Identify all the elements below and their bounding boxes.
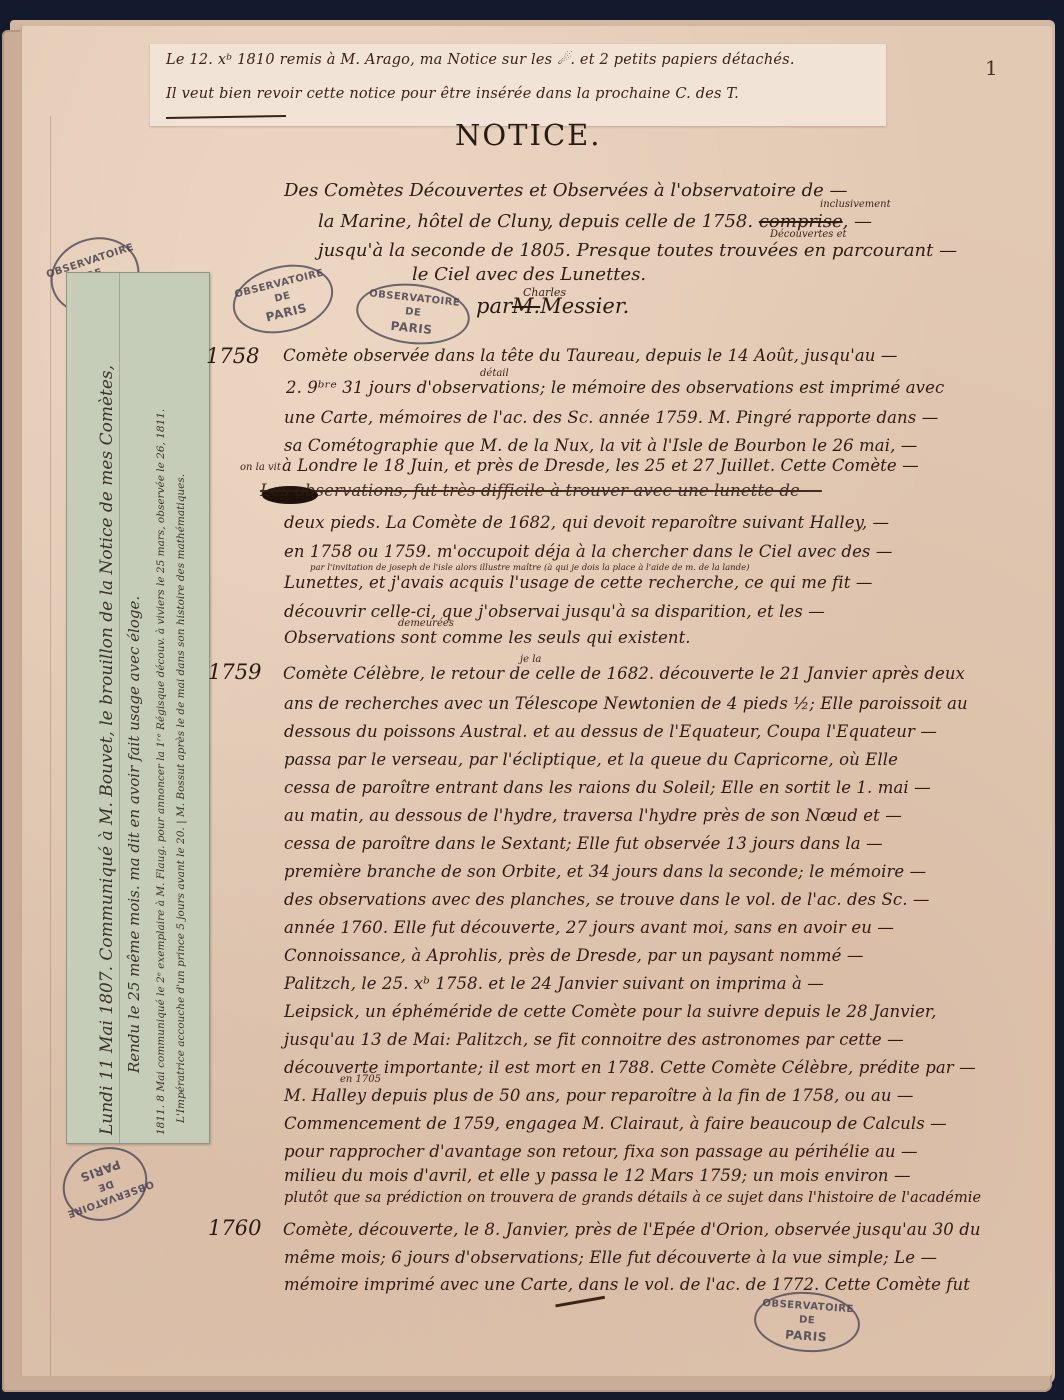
entry-year-1760: 1760	[208, 1216, 261, 1240]
entry-line: passa par le verseau, par l'écliptique, …	[284, 750, 898, 769]
margin-note: on la vit	[240, 462, 281, 473]
subtitle-line-4: le Ciel avec des Lunettes.	[412, 264, 646, 285]
entry-line: Comète observée dans la tête du Taureau,…	[283, 346, 897, 365]
subtitle-line-3: jusqu'à la seconde de 1805. Presque tout…	[318, 240, 957, 261]
entry-line: au matin, au dessous de l'hydre, travers…	[284, 806, 902, 825]
entry-line: sa Cométographie que M. de la Nux, la vi…	[284, 436, 917, 455]
entry-year-1758: 1758	[206, 344, 259, 368]
entry-line: deux pieds. La Comète de 1682, qui devoi…	[284, 513, 889, 532]
page-number: 1	[985, 56, 998, 80]
entry-line: à Londre le 18 Juin, et près de Dresde, …	[282, 456, 919, 475]
entry-year-1759: 1759	[208, 660, 261, 684]
entry-line: Palitzch, le 25. xᵇ 1758. et le 24 Janvi…	[284, 974, 824, 993]
entry-line: ans de recherches avec un Télescope Newt…	[284, 694, 968, 713]
entry-line: découverte importante; il est mort en 17…	[284, 1058, 976, 1077]
entry-line: dessous du poissons Austral. et au dessu…	[284, 722, 937, 741]
interlinear-insert: inclusivement	[820, 199, 891, 210]
entry-line: M. Halley depuis plus de 50 ans, pour re…	[284, 1086, 914, 1105]
side-note-slip: Lundi 11 Mai 1807. Communiqué à M. Bouve…	[66, 272, 210, 1144]
attached-note-line-2: Il veut bien revoir cette notice pour êt…	[166, 86, 870, 102]
entry-line: Lunettes, et j'avais acquis l'usage de c…	[284, 573, 872, 592]
entry-line: Les observations, fut très difficile à t…	[260, 481, 822, 500]
entry-line: en 1758 ou 1759. m'occupoit déja à la ch…	[284, 542, 892, 561]
subtitle-line-2-text: la Marine, hôtel de Cluny, depuis celle …	[318, 211, 753, 232]
interlinear-insert: en 1705	[340, 1074, 381, 1085]
entry-line: milieu du mois d'avril, et elle y passa …	[284, 1166, 911, 1185]
entry-line: Commencement de 1759, engagea M. Clairau…	[284, 1114, 947, 1133]
entry-line: Leipsick, un éphéméride de cette Comète …	[284, 1002, 936, 1021]
entry-line: même mois; 6 jours d'observations; Elle …	[284, 1248, 937, 1267]
attached-note-slip: Le 12. xᵇ 1810 remis à M. Arago, ma Noti…	[150, 44, 886, 126]
interlinear-insert: Charles	[523, 286, 566, 299]
side-note-line-4: L'Impératrice accouche d'un prince 5 jou…	[175, 474, 187, 1123]
entry-line: Observations sont comme les seuls qui ex…	[284, 628, 691, 647]
page-title: NOTICE.	[455, 118, 602, 152]
underline-stroke	[166, 115, 286, 119]
side-note-line-1: Lundi 11 Mai 1807. Communiqué à M. Bouve…	[97, 365, 117, 1135]
entry-line: des observations avec des planches, se t…	[284, 890, 930, 909]
subtitle-line-1: Des Comètes Découvertes et Observées à l…	[284, 180, 848, 201]
slip-fold-line	[119, 273, 120, 1143]
side-note-line-3: 1811. 8 Mai communiqué le 2ᵉ exemplaire …	[155, 409, 167, 1135]
entry-line: première branche de son Orbite, et 34 jo…	[284, 862, 926, 881]
entry-line: Comète, découverte, le 8. Janvier, près …	[283, 1220, 981, 1239]
entry-line: 2. 9ᵇʳᵉ 31 jours d'observations; le mémo…	[286, 378, 944, 397]
entry-line: Comète Célèbre, le retour de celle de 16…	[283, 664, 965, 683]
page-margin-line	[50, 116, 51, 1376]
side-note-line-2: Rendu le 25 même mois. ma dit en avoir f…	[125, 596, 143, 1073]
entry-line: cessa de paroître dans le Sextant; Elle …	[284, 834, 883, 853]
interlinear-insert: par l'invitation de joseph de l'isle alo…	[310, 563, 749, 573]
attached-note-line-1: Le 12. xᵇ 1810 remis à M. Arago, ma Noti…	[166, 52, 870, 68]
entry-line: mémoire imprimé avec une Carte, dans le …	[284, 1275, 970, 1294]
entry-line: plutôt que sa prédiction on trouvera de …	[284, 1190, 981, 1206]
subtitle-line-2-end: , —	[843, 211, 872, 232]
entry-line: découvrir celle-ci, que j'observai jusqu…	[284, 602, 825, 621]
entry-line: Connoissance, à Aprohlis, près de Dresde…	[284, 946, 863, 965]
entry-line: année 1760. Elle fut découverte, 27 jour…	[284, 918, 894, 937]
entry-line: une Carte, mémoires de l'ac. des Sc. ann…	[284, 408, 938, 427]
interlinear-insert: Découvertes et	[770, 229, 847, 240]
entry-line: jusqu'au 13 de Mai: Palitzch, se fit con…	[284, 1030, 904, 1049]
entry-line: pour rapprocher d'avantage son retour, f…	[284, 1142, 918, 1161]
author-prefix: par	[476, 294, 512, 318]
entry-line: cessa de paroître entrant dans les raion…	[284, 778, 931, 797]
